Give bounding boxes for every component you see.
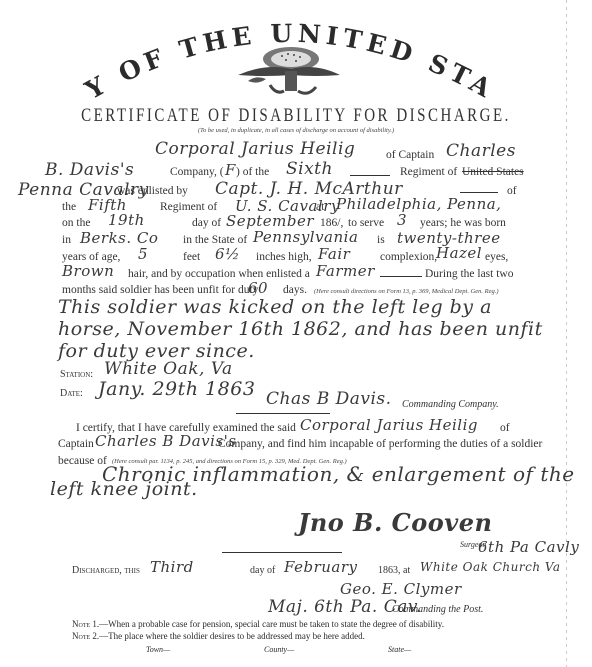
label-state: State— bbox=[388, 645, 411, 654]
date-value: Jany. 29th 1863 bbox=[98, 378, 255, 400]
born-state: Pennsylvania bbox=[253, 228, 358, 246]
blank-rule bbox=[380, 276, 422, 277]
struck-united-states: United States bbox=[462, 166, 524, 178]
enlist-place: Philadelphia, Penna, bbox=[336, 195, 501, 213]
label-day-of: day of bbox=[192, 217, 221, 229]
label-hair-occupation: hair, and by occupation when enlisted a bbox=[128, 268, 310, 280]
discharge-place: White Oak Church Va bbox=[420, 560, 561, 574]
label-commanding-post: Commanding the Post. bbox=[392, 604, 483, 615]
captain-last-name: B. Davis's bbox=[45, 160, 134, 180]
label-captain: Captain bbox=[58, 438, 94, 450]
label-inches-high: inches high, bbox=[256, 251, 312, 263]
discharge-month: February bbox=[284, 558, 358, 576]
examined-name: Corporal Jarius Heilig bbox=[300, 416, 478, 434]
note-1-label: Note 1. bbox=[72, 619, 99, 629]
divider-rule bbox=[236, 413, 330, 414]
term-years: 3 bbox=[397, 211, 407, 229]
label-commanding-company: Commanding Company. bbox=[402, 399, 499, 410]
page-subtitle: (To be used, in duplicate, in all cases … bbox=[0, 127, 592, 134]
certify-captain-name: Charles B Davis's bbox=[95, 432, 236, 450]
captain-first-name: Charles bbox=[446, 141, 516, 161]
occupation: Farmer bbox=[316, 262, 375, 280]
label-company-incapable: Company, and find him incapable of perfo… bbox=[218, 438, 542, 450]
label-date: Date: bbox=[60, 388, 83, 399]
station-value: White Oak, Va bbox=[104, 359, 233, 379]
label-during-last-two: During the last two bbox=[425, 268, 513, 280]
label-at: at bbox=[316, 201, 324, 213]
statement-line-2: horse, November 16th 1862, and has been … bbox=[58, 318, 543, 340]
label-regiment-of-2: Regiment of bbox=[160, 201, 217, 213]
label-enlisted-by: was enlisted by bbox=[117, 185, 188, 197]
label-of-the: ) of the bbox=[236, 166, 269, 178]
label-town: Town— bbox=[146, 645, 170, 654]
page-edge bbox=[566, 0, 567, 667]
label-of-2: of bbox=[500, 422, 510, 434]
label-in: in bbox=[62, 234, 71, 246]
complexion: Fair bbox=[318, 245, 350, 263]
eyes: Hazel bbox=[436, 244, 482, 262]
label-year-at: 1863, at bbox=[378, 565, 410, 576]
enlist-day: 19th bbox=[108, 211, 145, 229]
note-2: Note 2.—The place where the soldier desi… bbox=[72, 631, 365, 641]
statement-line-1: This soldier was kicked on the left leg … bbox=[58, 296, 492, 318]
blank-rule bbox=[350, 175, 390, 176]
note-2-text: —The place where the soldier desires to … bbox=[99, 631, 365, 641]
label-discharged-this: Discharged, this bbox=[72, 565, 140, 576]
discharge-day: Third bbox=[150, 558, 194, 576]
hair: Brown bbox=[62, 262, 114, 280]
label-months-unfit: months said soldier has been unfit for d… bbox=[62, 284, 258, 296]
form-note: (Here consult directions on Form 13, p. … bbox=[314, 288, 499, 295]
label-years-born: years; he was born bbox=[420, 217, 506, 229]
label-county: County— bbox=[264, 645, 294, 654]
page-title: CERTIFICATE OF DISABILITY FOR DISCHARGE. bbox=[0, 106, 592, 127]
label-feet: feet bbox=[183, 251, 200, 263]
height-feet: 5 bbox=[138, 245, 148, 263]
label-because-of: because of bbox=[58, 455, 107, 467]
surgeon-unit: 6th Pa Cavly bbox=[478, 538, 579, 556]
surgeon-signature: Jno B. Cooven bbox=[298, 508, 492, 537]
note-1: Note 1.—When a probable case for pension… bbox=[72, 619, 444, 629]
label-days: days. bbox=[283, 284, 307, 296]
label-day-of-2: day of bbox=[250, 565, 275, 576]
blank-rule bbox=[460, 192, 498, 193]
company-commander-signature: Chas B Davis. bbox=[266, 389, 392, 409]
note-2-label: Note 2. bbox=[72, 631, 99, 641]
label-of-captain: of Captain bbox=[386, 149, 434, 161]
label-station: Station: bbox=[60, 369, 93, 380]
cause-line-2: left knee joint. bbox=[50, 478, 198, 500]
label-complexion: complexion, bbox=[380, 251, 437, 263]
eagle-emblem-icon bbox=[236, 45, 342, 100]
label-is: is bbox=[377, 234, 385, 246]
label-regiment-of: Regiment of bbox=[400, 166, 457, 178]
note-1-text: —When a probable case for pension, speci… bbox=[99, 619, 444, 629]
height-inches: 6½ bbox=[215, 245, 240, 263]
soldier-name: Corporal Jarius Heilig bbox=[155, 139, 355, 159]
company-letter: F bbox=[225, 161, 236, 179]
regiment-number: Sixth bbox=[286, 159, 333, 179]
label-the: the bbox=[62, 201, 76, 213]
label-company: Company, ( bbox=[170, 166, 224, 178]
label-eyes: eyes, bbox=[485, 251, 508, 263]
label-on-the: on the bbox=[62, 217, 90, 229]
days-unfit: 60 bbox=[248, 279, 268, 297]
label-of: of bbox=[507, 185, 517, 197]
signature-rule bbox=[222, 552, 342, 553]
post-commander-name: Geo. E. Clymer bbox=[340, 580, 462, 598]
